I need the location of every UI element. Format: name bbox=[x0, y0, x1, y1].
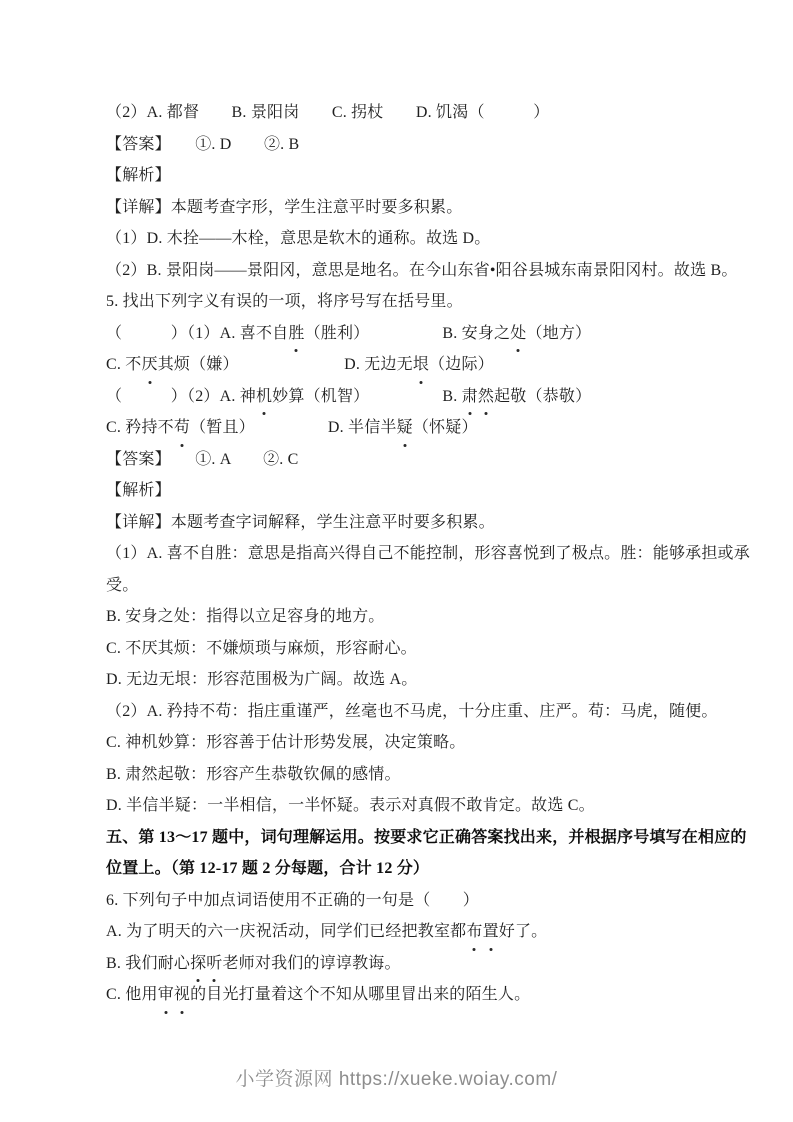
emphasized-character: 审 bbox=[158, 979, 174, 1011]
site-watermark: 小学资源网 https://xueke.woiay.com/ bbox=[0, 1064, 793, 1091]
text-segment: D. 半信半疑：一半相信，一半怀疑。表示对真假不敢肯定。故选 C。 bbox=[106, 797, 595, 814]
text-segment: 妙算（机智） B. bbox=[272, 388, 461, 405]
text-line: C. 神机妙算：形容善于估计形势发展，决定策略。 bbox=[106, 727, 733, 759]
text-segment: 【答案】 ①. D ②. B bbox=[106, 136, 299, 153]
text-segment: B. 我们耐心 bbox=[106, 955, 190, 972]
text-segment: 起敬（恭敬） bbox=[494, 388, 591, 405]
section-heading-line-1: 五、第 13～17 题中，词句理解运用。按要求它正确答案找出来，并根据序号填写在… bbox=[106, 822, 733, 854]
text-line: 受。 bbox=[106, 570, 733, 602]
text-line: B. 安身之处：指得以立足容身的地方。 bbox=[106, 601, 733, 633]
text-segment: （2）B. 景阳岗——景阳冈，意思是地名。在今山东省•阳谷县城东南景阳冈村。故选… bbox=[106, 262, 738, 279]
text-line-question-6: 6. 下列句子中加点词语使用不正确的一句是（ ） bbox=[106, 885, 733, 917]
text-line-question-5: 5. 找出下列字义有误的一项，将序号写在括号里。 bbox=[106, 286, 733, 318]
text-line-option-row: B. 我们耐心探听老师对我们的谆谆教诲。 bbox=[106, 948, 733, 980]
emphasized-character: 垠 bbox=[413, 349, 429, 381]
text-segment: C. 矜持不 bbox=[106, 419, 174, 436]
text-segment: 5. 找出下列字义有误的一项，将序号写在括号里。 bbox=[106, 293, 463, 310]
text-segment: 的目光打量着这个不知从哪里冒出来的陌生人。 bbox=[190, 986, 530, 1003]
text-segment: 受。 bbox=[106, 577, 138, 594]
emphasized-character: 视 bbox=[174, 979, 190, 1011]
emphasized-character: 探 bbox=[190, 948, 206, 980]
text-segment: （边际） bbox=[429, 356, 494, 373]
text-line-option-row: （ ）（1）A. 喜不自胜（胜利） B. 安身之处（地方） bbox=[106, 318, 733, 350]
text-segment: C. 神机妙算：形容善于估计形势发展，决定策略。 bbox=[106, 734, 465, 751]
text-line-option-row: （2）A. 都督 B. 景阳岗 C. 拐杖 D. 饥渴（ ） bbox=[106, 97, 733, 129]
text-segment: 【详解】本题考查字形，学生注意平时要多积累。 bbox=[106, 199, 462, 216]
text-segment: 【解析】 bbox=[106, 167, 171, 184]
text-segment: A. 为了明天的六一庆祝活动，同学们已经把教室都 bbox=[106, 923, 466, 940]
text-line-option-row: C. 他用审视的目光打量着这个不知从哪里冒出来的陌生人。 bbox=[106, 979, 733, 1011]
text-segment: （ ）（1）A. 喜不自 bbox=[106, 325, 288, 342]
text-segment: （1）A. 喜不自胜：意思是指高兴得自己不能控制，形容喜悦到了极点。胜：能够承担… bbox=[106, 545, 750, 562]
text-segment: B. 肃然起敬：形容产生恭敬钦佩的感情。 bbox=[106, 766, 401, 783]
text-segment: C. 不厌其烦：不嫌烦琐与麻烦，形容耐心。 bbox=[106, 640, 417, 657]
emphasized-character: 厌 bbox=[141, 349, 157, 381]
text-segment: 位置上。（第 12-17 题 2 分每题，合计 12 分） bbox=[106, 860, 429, 877]
text-line: （2）A. 矜持不苟：指庄重谨严，丝毫也不马虎，十分庄重、庄严。苟：马虎，随便。 bbox=[106, 696, 733, 728]
text-segment: 6. 下列句子中加点词语使用不正确的一句是（ ） bbox=[106, 892, 479, 909]
exam-document-page: （2）A. 都督 B. 景阳岗 C. 拐杖 D. 饥渴（ ） 【答案】 ①. D… bbox=[0, 0, 793, 1122]
text-line-option-row: C. 矜持不苟（暂且） D. 半信半疑（怀疑） bbox=[106, 412, 733, 444]
text-line-analysis-label: 【解析】 bbox=[106, 160, 733, 192]
text-segment: （ ）（2）A. 神 bbox=[106, 388, 256, 405]
emphasized-character: 布 bbox=[466, 916, 482, 948]
document-body: （2）A. 都督 B. 景阳岗 C. 拐杖 D. 饥渴（ ） 【答案】 ①. D… bbox=[106, 97, 733, 1011]
text-segment: D. 无边无垠：形容范围极为广阔。故选 A。 bbox=[106, 671, 418, 688]
text-line-explanation: 【详解】本题考查字形，学生注意平时要多积累。 bbox=[106, 192, 733, 224]
text-segment: 五、第 13～17 题中，词句理解运用。按要求它正确答案找出来，并根据序号填写在… bbox=[106, 829, 747, 846]
text-line: （1）D. 木拴——木栓，意思是软木的通称。故选 D。 bbox=[106, 223, 733, 255]
emphasized-character: 机 bbox=[256, 381, 272, 413]
emphasized-character: 听 bbox=[206, 948, 222, 980]
text-line: B. 肃然起敬：形容产生恭敬钦佩的感情。 bbox=[106, 759, 733, 791]
text-segment: C. 不 bbox=[106, 356, 141, 373]
text-segment: （地方） bbox=[526, 325, 591, 342]
emphasized-character: 胜 bbox=[288, 318, 304, 350]
text-line: （1）A. 喜不自胜：意思是指高兴得自己不能控制，形容喜悦到了极点。胜：能够承担… bbox=[106, 538, 733, 570]
emphasized-character: 肃 bbox=[462, 381, 478, 413]
emphasized-character: 然 bbox=[478, 381, 494, 413]
text-segment: 【答案】 ①. A ②. C bbox=[106, 451, 299, 468]
text-line: C. 不厌其烦：不嫌烦琐与麻烦，形容耐心。 bbox=[106, 633, 733, 665]
emphasized-character: 处 bbox=[510, 318, 526, 350]
text-line-answer: 【答案】 ①. A ②. C bbox=[106, 444, 733, 476]
text-segment: （怀疑） bbox=[413, 419, 478, 436]
text-line: （2）B. 景阳岗——景阳冈，意思是地名。在今山东省•阳谷县城东南景阳冈村。故选… bbox=[106, 255, 733, 287]
text-line-option-row: A. 为了明天的六一庆祝活动，同学们已经把教室都布置好了。 bbox=[106, 916, 733, 948]
text-line-option-row: （ ）（2）A. 神机妙算（机智） B. 肃然起敬（恭敬） bbox=[106, 381, 733, 413]
text-line: D. 半信半疑：一半相信，一半怀疑。表示对真假不敢肯定。故选 C。 bbox=[106, 790, 733, 822]
text-segment: （暂且） D. 半信半 bbox=[190, 419, 397, 436]
text-segment: C. 他用 bbox=[106, 986, 158, 1003]
text-segment: 老师对我们的谆谆教诲。 bbox=[222, 955, 400, 972]
section-heading-line-2: 位置上。（第 12-17 题 2 分每题，合计 12 分） bbox=[106, 853, 733, 885]
watermark-text: 小学资源网 https://xueke.woiay.com/ bbox=[236, 1069, 558, 1090]
text-line-answer: 【答案】 ①. D ②. B bbox=[106, 129, 733, 161]
text-line-option-row: C. 不厌其烦（嫌） D. 无边无垠（边际） bbox=[106, 349, 733, 381]
text-line: D. 无边无垠：形容范围极为广阔。故选 A。 bbox=[106, 664, 733, 696]
text-segment: （胜利） B. 安身之 bbox=[305, 325, 511, 342]
text-segment: 其烦（嫌） D. 无边无 bbox=[158, 356, 413, 373]
text-segment: 【详解】本题考查字词解释，学生注意平时要多积累。 bbox=[106, 514, 495, 531]
text-segment: 好了。 bbox=[499, 923, 548, 940]
text-segment: （2）A. 矜持不苟：指庄重谨严，丝毫也不马虎，十分庄重、庄严。苟：马虎，随便。 bbox=[106, 703, 718, 720]
emphasized-character: 苟 bbox=[174, 412, 190, 444]
text-line-analysis-label: 【解析】 bbox=[106, 475, 733, 507]
text-line-explanation: 【详解】本题考查字词解释，学生注意平时要多积累。 bbox=[106, 507, 733, 539]
emphasized-character: 疑 bbox=[397, 412, 413, 444]
text-segment: （2）A. 都督 B. 景阳岗 C. 拐杖 D. 饥渴（ ） bbox=[106, 104, 549, 121]
text-segment: 【解析】 bbox=[106, 482, 171, 499]
text-segment: （1）D. 木拴——木栓，意思是软木的通称。故选 D。 bbox=[106, 230, 491, 247]
emphasized-character: 置 bbox=[483, 916, 499, 948]
text-segment: B. 安身之处：指得以立足容身的地方。 bbox=[106, 608, 384, 625]
